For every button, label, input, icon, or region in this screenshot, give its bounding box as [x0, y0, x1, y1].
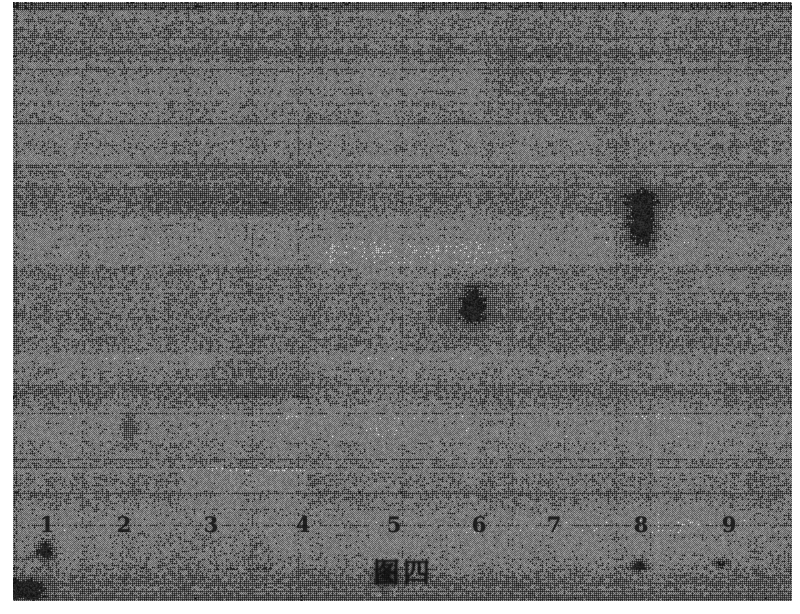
lane-label-3: 3 [204, 514, 219, 536]
figure-caption: 图四 [373, 559, 433, 589]
lane-label-8: 8 [634, 514, 649, 536]
figure-page: 1 2 3 4 5 6 7 8 9 图四 [0, 0, 800, 614]
lane-label-1: 1 [40, 514, 55, 536]
lane-label-2: 2 [117, 514, 132, 536]
blot-photo: 1 2 3 4 5 6 7 8 9 图四 [13, 2, 792, 601]
lane-label-5: 5 [387, 514, 402, 536]
lane-label-7: 7 [547, 514, 562, 536]
lane-label-4: 4 [296, 514, 311, 536]
lane-label-6: 6 [472, 514, 487, 536]
lane-label-9: 9 [722, 514, 737, 536]
